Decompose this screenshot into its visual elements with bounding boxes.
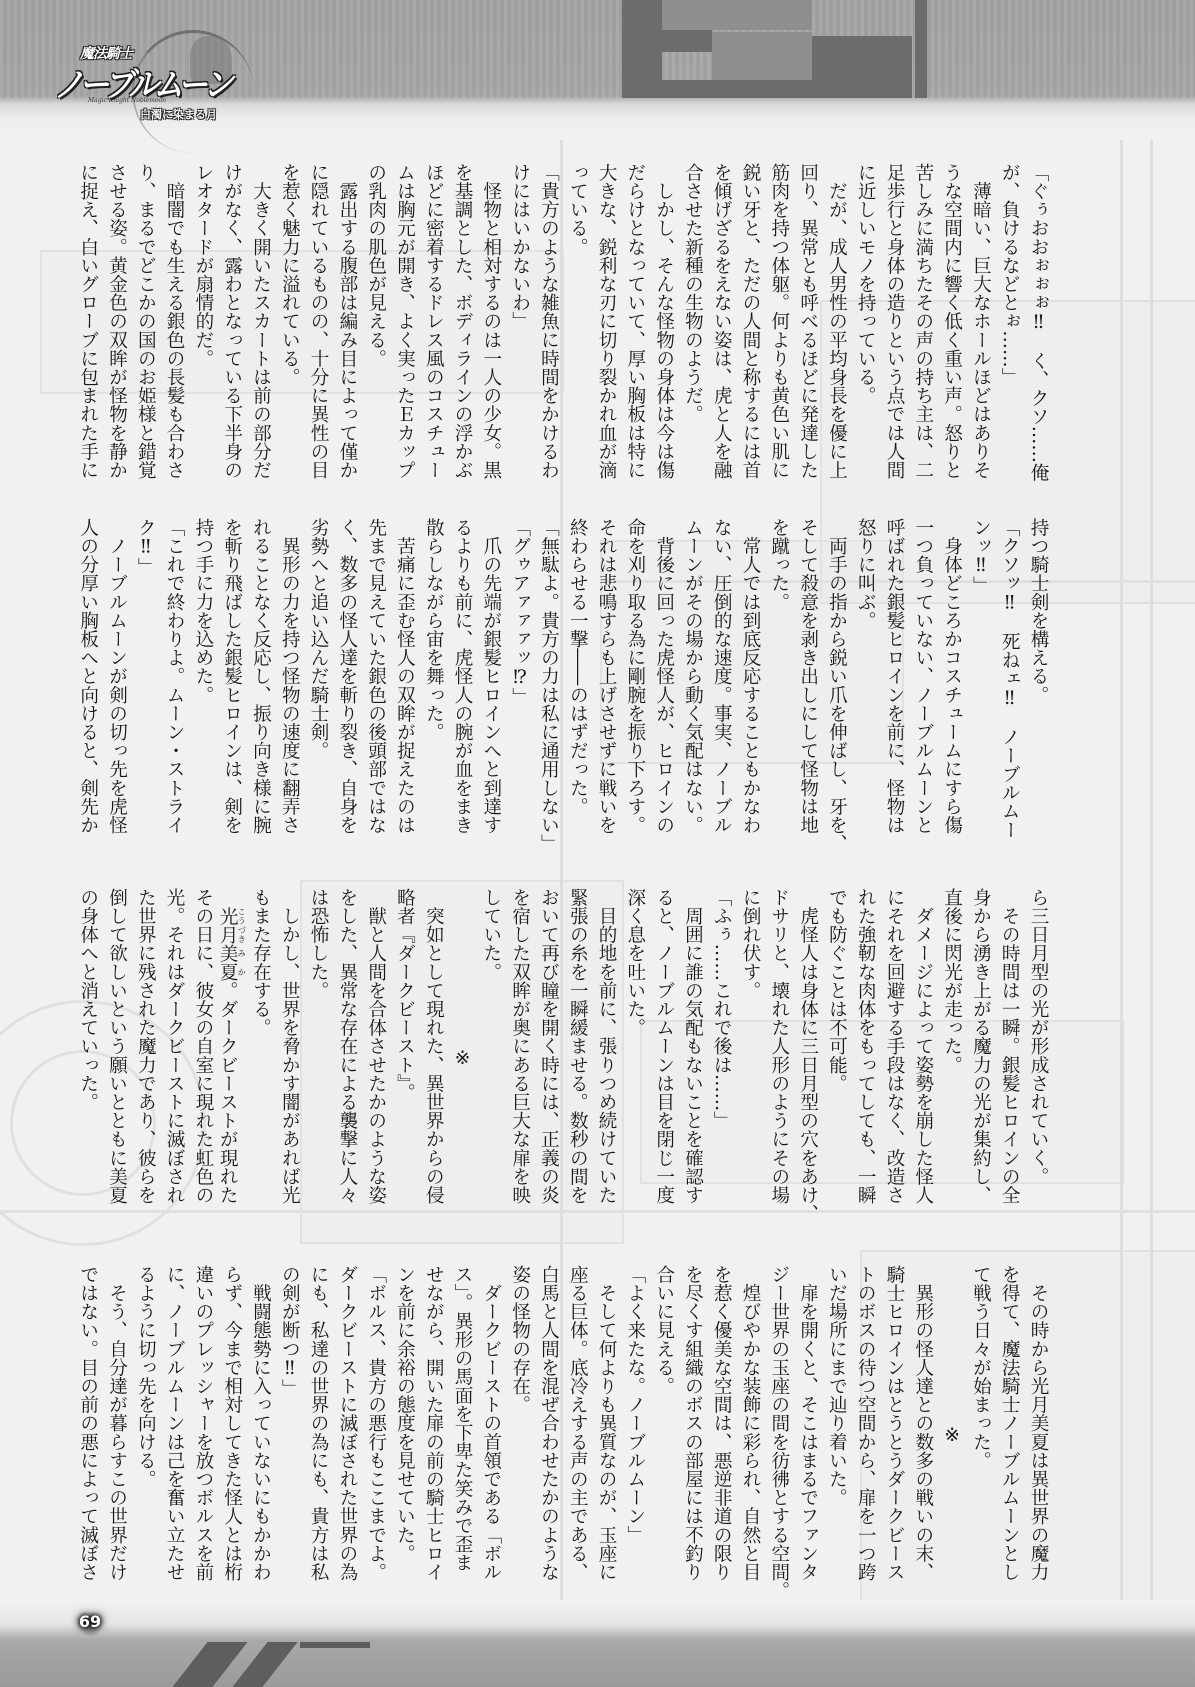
text-column: 身体どころかコスチュームにすら傷 [937, 518, 966, 858]
ruby-reading: みか [237, 944, 246, 981]
text-column: 散らしながら宙を舞った。 [418, 518, 447, 858]
text-column: 身から湧き上がる魔力の光が集約し、 [966, 888, 995, 1228]
text-column: 緊張の糸を一瞬緩ませる。数秒の間を [562, 888, 591, 1228]
text-column: 騎士ヒロインはとうとうダークビース [879, 1265, 908, 1605]
header-machinery [812, 36, 912, 98]
text-column: るように切っ先を向ける。 [131, 1265, 160, 1605]
ruby-base: 美夏 [217, 944, 238, 981]
text-column: 「グゥアァァァッ⁉」 [505, 518, 534, 858]
text-column: を得て、魔法騎士ノーブルムーンとし [994, 1265, 1023, 1605]
text-column: レオタードが扇情的だ。 [188, 163, 217, 503]
text-column: けがなく、露わとなっている下半身の [217, 163, 246, 503]
text-column: 鋭い牙と、ただの人間と称するには首 [735, 163, 764, 503]
text-column: 獣と人間を合体させたかのような姿 [361, 888, 390, 1228]
text-column: れた強靭な肉体をもってしても、一瞬 [850, 888, 879, 1228]
text-column: 倒して欲しいという願いとともに美夏 [102, 888, 131, 1228]
text-column: く、数多の怪人達を斬り裂き、自身を [332, 518, 361, 858]
text-column: の身体へと消えていった。 [73, 888, 102, 1228]
text-column: ほどに密着するドレス風のコスチュー [418, 163, 447, 503]
section-break-mark: ※ [447, 888, 476, 1228]
text-column: だが、成人男性の平均身長を優に上 [822, 163, 851, 503]
column-text: 。ダークビーストが現れた [217, 981, 238, 1204]
text-column: ンを前に余裕の態度を見せていた。 [390, 1265, 419, 1605]
text-column: 「ぐぅおおぉぉぉ‼ く、クソ……俺 [1023, 163, 1052, 503]
text-tier-3: ら三日月型の光が形成されていく。 その時間は一瞬。銀髪ヒロインの全 身から湧き上… [72, 888, 1052, 1228]
text-column: 違いのプレッシャーを放つボルスを前 [188, 1265, 217, 1605]
text-column: 白馬と人間を混ぜ合わせたかのような [534, 1265, 563, 1605]
text-column: を宿した双眸が奥にある巨大な扉を映 [505, 888, 534, 1228]
text-column: を惹く魅力に溢れている。 [274, 163, 303, 503]
text-column: ク‼」 [131, 518, 160, 858]
text-column: を尽くす組織のボスの部屋には不釣り [678, 1265, 707, 1605]
text-column: れることなく反応し、振り向き様に腕 [246, 518, 275, 858]
text-column: ドサリと、壊れた人形のようにその場 [764, 888, 793, 1228]
text-column: 両手の指から鋭い爪を伸ばし、牙を、 [822, 518, 851, 858]
text-column: 戦闘態勢に入っていないにもかかわ [246, 1265, 275, 1605]
logo-subtitle: 白濁に染まる月 [140, 106, 217, 122]
text-column: その時間は一瞬。銀髪ヒロインの全 [994, 888, 1023, 1228]
text-column: 深く息を吐いた。 [620, 888, 649, 1228]
text-column: 持つ騎士剣を構える。 [1023, 518, 1052, 858]
text-column: でも防ぐことは不可能。 [822, 888, 851, 1228]
header-machinery [662, 30, 712, 52]
text-column: っている。 [562, 163, 591, 503]
text-column: 目的地を前に、張りつめ続けていた [591, 888, 620, 1228]
text-column: 「クソッ‼ 死ねェ‼ ノーブルムー [994, 518, 1023, 858]
text-column: 爪の先端が銀髪ヒロインへと到達す [476, 518, 505, 858]
text-column: を傾げざるをえない姿は、虎と人を融 [706, 163, 735, 503]
text-column: に、ノーブルムーンは己を奮い立たせ [159, 1265, 188, 1605]
text-column: ダークビーストの首領である「ボル [476, 1265, 505, 1605]
header-machinery [915, 0, 927, 98]
text-column: ない、圧倒的な速度。事実、ノーブル [706, 518, 735, 858]
text-column: 略者『ダークビースト』。 [390, 888, 419, 1228]
title-logo: 魔法騎士 ノーブルムーン Magic Knight Noblemoon 白濁に染… [40, 28, 260, 128]
text-column: 異形の怪人達との数多の戦いの末、 [908, 1265, 937, 1605]
text-column: ンッ‼」 [966, 518, 995, 858]
background-decoration [1120, 100, 1123, 1600]
text-column: 合いに見える。 [649, 1265, 678, 1605]
ruby-base: 光月 [217, 907, 238, 944]
text-column: に近しいモノを持っている。 [850, 163, 879, 503]
text-column: が、負けるなどとぉ……」 [994, 163, 1023, 503]
text-column: ムは胸元が開き、よく実ったＥカップ [390, 163, 419, 503]
text-column: らず、今まで相対してきた怪人とは桁 [217, 1265, 246, 1605]
footer-band [0, 1600, 1195, 1687]
text-column: 扉を開くと、そこはまるでファンタ [793, 1265, 822, 1605]
text-column: 終わらせる一撃――のはずだった。 [562, 518, 591, 858]
text-column: 暗闇でも生える銀色の長髪も合わさ [159, 163, 188, 503]
text-column: ス」。異形の馬面を下卑た笑みで歪ま [447, 1265, 476, 1605]
text-column: うな空間内に響く低く重い声。怒りと [937, 163, 966, 503]
ruby-annotation: 美夏みか [217, 944, 238, 981]
text-column: 呼ばれた銀髪ヒロインを前に、怪物は [879, 518, 908, 858]
text-column: けにはいかないわ」 [505, 163, 534, 503]
text-column: の剣が断つ‼」 [274, 1265, 303, 1605]
text-column: 「ふぅ……これで後は……」 [706, 888, 735, 1228]
text-column: 大きな、鋭利な刃に切り裂かれ血が滴 [591, 163, 620, 503]
text-column: 光。それはダークビーストに滅ぼされ [159, 888, 188, 1228]
text-column: て戦う日々が始まった。 [966, 1265, 995, 1605]
text-column: ムーンがその場から動く気配はない。 [678, 518, 707, 858]
text-column: していた。 [476, 888, 505, 1228]
text-column: は恐怖した。 [303, 888, 332, 1228]
text-column: を斬り飛ばした銀髪ヒロインは、剣を [217, 518, 246, 858]
header-machinery [622, 0, 662, 98]
text-column: 先まで見えていた銀色の後頭部ではな [361, 518, 390, 858]
text-column: るよりも前に、虎怪人の腕が血をまき [447, 518, 476, 858]
text-tier-2: 持つ騎士剣を構える。 「クソッ‼ 死ねェ‼ ノーブルムー ンッ‼」 身体どころか… [72, 518, 1052, 858]
text-column: にも、私達の世界の為にも、貴方は私 [303, 1265, 332, 1605]
text-column: 異形の力を持つ怪物の速度に翻弄さ [274, 518, 303, 858]
text-column: おいて再び瞳を開く時には、正義の炎 [534, 888, 563, 1228]
header-machinery [662, 0, 812, 30]
text-column: の乳肉の肌色が見える。 [361, 163, 390, 503]
text-column: にそれを回避する手段はなく、改造さ [879, 888, 908, 1228]
text-column: 「ボルス、貴方の悪行もここまでよ。 [361, 1265, 390, 1605]
text-column: ダークビーストに滅ぼされた世界の為 [332, 1265, 361, 1605]
text-column: そして何よりも異質なのが、玉座に [591, 1265, 620, 1605]
text-column: 苦痛に歪む怪人の双眸が捉えたのは [390, 518, 419, 858]
text-column: り、まるでどこかの国のお姫様と錯覚 [131, 163, 160, 503]
text-column: 薄暗い、巨大なホールほどはありそ [966, 163, 995, 503]
text-column: だらけとなっていて、厚い胸板は特に [620, 163, 649, 503]
background-decoration [1150, 100, 1153, 1600]
text-column: そして殺意を剥き出しにして怪物は地 [793, 518, 822, 858]
text-column: 一つ負っていない、ノーブルムーンと [908, 518, 937, 858]
text-column: ではない。目の前の悪によって滅ぼさ [73, 1265, 102, 1605]
text-column: 露出する腹部は編み目によって僅か [332, 163, 361, 503]
text-column: を蹴った。 [764, 518, 793, 858]
section-break-mark: ※ [937, 1265, 966, 1605]
text-column: をした、異常な存在による襲撃に人々 [332, 888, 361, 1228]
indent [217, 888, 238, 907]
text-column: ジー世界の玉座の間を彷彿とする空間。 [764, 1265, 793, 1605]
text-column: 怪物と相対するのは一人の少女。黒 [476, 163, 505, 503]
text-column: 大きく開いたスカートは前の部分だ [246, 163, 275, 503]
page-number: 69 [76, 1612, 104, 1636]
text-column: 直後に閃光が走った。 [937, 888, 966, 1228]
text-column: 姿の怪物の存在。 [505, 1265, 534, 1605]
text-column: 足歩行と身体の造りという点では人間 [879, 163, 908, 503]
text-column: 虎怪人は身体に三日月型の穴をあけ、 [793, 888, 822, 1228]
text-column: させる姿。黄金色の双眸が怪物を静か [102, 163, 131, 503]
text-column: 「よく来たな。ノーブルムーン」 [620, 1265, 649, 1605]
text-column: せながら、開いた扉の前の騎士ヒロイ [418, 1265, 447, 1605]
text-column: た世界に残された魔力であり、彼らを [131, 888, 160, 1228]
text-column: 「無駄よ。貴方の力は私に通用しない」 [534, 518, 563, 858]
text-column: 煌びやかな装飾に彩られ、自然と目 [735, 1265, 764, 1605]
text-column: トのボスの待つ空間から、扉を一つ跨 [850, 1265, 879, 1605]
text-column: 「これで終わりよ。ムーン・ストライ [159, 518, 188, 858]
text-column: 命を刈り取る為に剛腕を振り下ろす。 [620, 518, 649, 858]
text-column: ダメージによって姿勢を崩した怪人 [908, 888, 937, 1228]
text-column: 背後に回った虎怪人が、ヒロインの [649, 518, 678, 858]
page: 魔法騎士 ノーブルムーン Magic Knight Noblemoon 白濁に染… [0, 0, 1195, 1687]
text-column: ら三日月型の光が形成されていく。 [1023, 888, 1052, 1228]
ruby-reading: こうづき [237, 907, 246, 944]
text-column: そう、自分達が暮らすこの世界だけ [102, 1265, 131, 1605]
text-column: しかし、世界を脅かす闇があれば光 [274, 888, 303, 1228]
text-column: 劣勢へと追い込んだ騎士剣。 [303, 518, 332, 858]
text-column: に隠れているものの、十分に異性の目 [303, 163, 332, 503]
text-column: を惹く優美な空間は、悪逆非道の限り [706, 1265, 735, 1605]
text-tier-4: その時から光月美夏は異世界の魔力 を得て、魔法騎士ノーブルムーンとし て戦う日々… [72, 1265, 1052, 1605]
text-column: を基調とした、ボディラインの浮かぶ [447, 163, 476, 503]
text-column: 苦しみに満ちたその声の持ち主は、二 [908, 163, 937, 503]
text-column: 筋肉を持つ体躯。何よりも黄色い肌に [764, 163, 793, 503]
text-column: もまた存在する。 [246, 888, 275, 1228]
text-column: いだ場所にまで辿り着いた。 [822, 1265, 851, 1605]
header-machinery [662, 80, 812, 98]
text-column: ノーブルムーンが剣の切っ先を虎怪 [102, 518, 131, 858]
text-column: その時から光月美夏は異世界の魔力 [1023, 1265, 1052, 1605]
text-column: 常人では到底反応することもかなわ [735, 518, 764, 858]
text-column: に捉え、白いグローブに包まれた手に [73, 163, 102, 503]
footer-machinery [300, 1642, 370, 1648]
text-column: 回り、異常とも呼べるほどに発達した [793, 163, 822, 503]
text-column: 座る巨体。底冷えする声の主である、 [562, 1265, 591, 1605]
text-column: ると、ノーブルムーンは目を閉じ一度 [649, 888, 678, 1228]
text-column: 周囲に誰の気配もないことを確認す [678, 888, 707, 1228]
text-column: 合させた新種の生物のようだ。 [678, 163, 707, 503]
header-machinery [712, 32, 812, 82]
text-tier-1: 「ぐぅおおぉぉぉ‼ く、クソ……俺 が、負けるなどとぉ……」 薄暗い、巨大なホー… [72, 163, 1052, 503]
text-column: 怒りに叫ぶ。 [850, 518, 879, 858]
text-column: それは悲鳴すらも上げさせずに戦いを [591, 518, 620, 858]
logo-english-subtitle: Magic Knight Noblemoon [88, 97, 166, 104]
text-column-with-ruby: 光月こうづき美夏みか。ダークビーストが現れた [217, 888, 246, 1228]
text-column: 突如として現れた、異世界からの侵 [418, 888, 447, 1228]
text-column: 「貴方のような雑魚に時間をかけるわ [534, 163, 563, 503]
ruby-annotation: 光月こうづき [217, 907, 238, 944]
text-column: 持つ手に力を込めた。 [188, 518, 217, 858]
text-column: しかし、そんな怪物の身体は今は傷 [649, 163, 678, 503]
text-column: に倒れ伏す。 [735, 888, 764, 1228]
text-column: 人の分厚い胸板へと向けると、剣先か [73, 518, 102, 858]
text-column: その日に、彼女の自室に現れた虹色の [188, 888, 217, 1228]
